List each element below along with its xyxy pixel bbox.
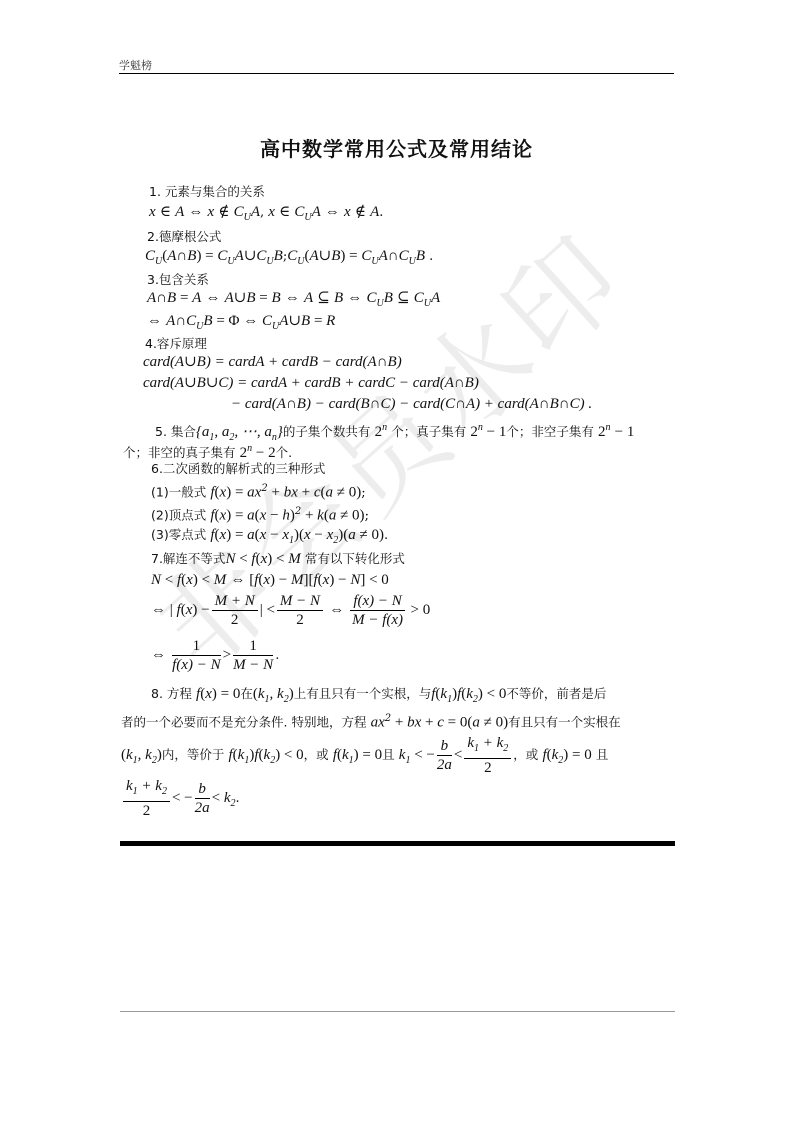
section-8-line-3: (k1, k2)内，等价于 f(k1)f(k2) < 0，或 f(k1) = 0… (121, 734, 608, 777)
section-6-heading: 6.二次函数的解析式的三种形式 (151, 459, 325, 479)
section-2-formula: CU(A∩B) = CUA∪CUB;CU(A∪B) = CUA∩CUB . (145, 246, 433, 272)
section-4-formula-1: card(A∪B) = cardA + cardB − card(A∩B) (143, 352, 402, 372)
section-1-heading: 1. 元素与集合的关系 (149, 182, 265, 202)
section-4-formula-3: − card(A∩B) − card(B∩C) − card(C∩A) + ca… (231, 394, 592, 414)
header-divider (119, 73, 674, 74)
section-end-divider (120, 841, 675, 846)
header-brand: 学魁榜 (119, 57, 152, 73)
section-1-formula: x ∈ A ⇔ x ∉ CUA, x ∈ CUA ⇔ x ∉ A. (149, 202, 383, 228)
section-6-general-form: (1)一般式 f(x) = ax2 + bx + c(a ≠ 0); (151, 479, 366, 503)
section-6-vertex-form: (2)顶点式 f(x) = a(x − h)2 + k(a ≠ 0); (151, 502, 369, 526)
section-7-formula-2: ⇔ | f(x) −M + N2| <M − N2 ⇔ f(x) − NM − … (151, 592, 430, 629)
section-7-formula-3: ⇔ 1f(x) − N>1M − N. (151, 637, 279, 674)
section-2-heading: 2.德摩根公式 (147, 227, 221, 247)
footer-divider (120, 1011, 675, 1012)
section-4-heading: 4.容斥原理 (145, 334, 207, 354)
section-8-line-2: 者的一个必要而不是充分条件. 特别地，方程 ax2 + bx + c = 0(a… (121, 709, 621, 733)
section-6-zero-form: (3)零点式 f(x) = a(x − x1)(x − x2)(a ≠ 0). (151, 525, 388, 551)
section-7-formula-1: N < f(x) < M ⇔ [f(x) − M][f(x) − N] < 0 (151, 570, 389, 591)
section-8-line-4: k1 + k22< −b2a< k2. (121, 777, 240, 820)
page-title: 高中数学常用公式及常用结论 (0, 133, 793, 162)
section-4-formula-2: card(A∪B∪C) = cardA + cardB + cardC − ca… (143, 373, 479, 393)
section-8-line-1: 8. 方程 f(x) = 0在(k1, k2)上有且只有一个实根，与f(k1)f… (151, 684, 606, 710)
section-3-heading: 3.包含关系 (147, 270, 209, 290)
section-7-heading: 7.解连不等式N < f(x) < M 常有以下转化形式 (151, 549, 405, 570)
